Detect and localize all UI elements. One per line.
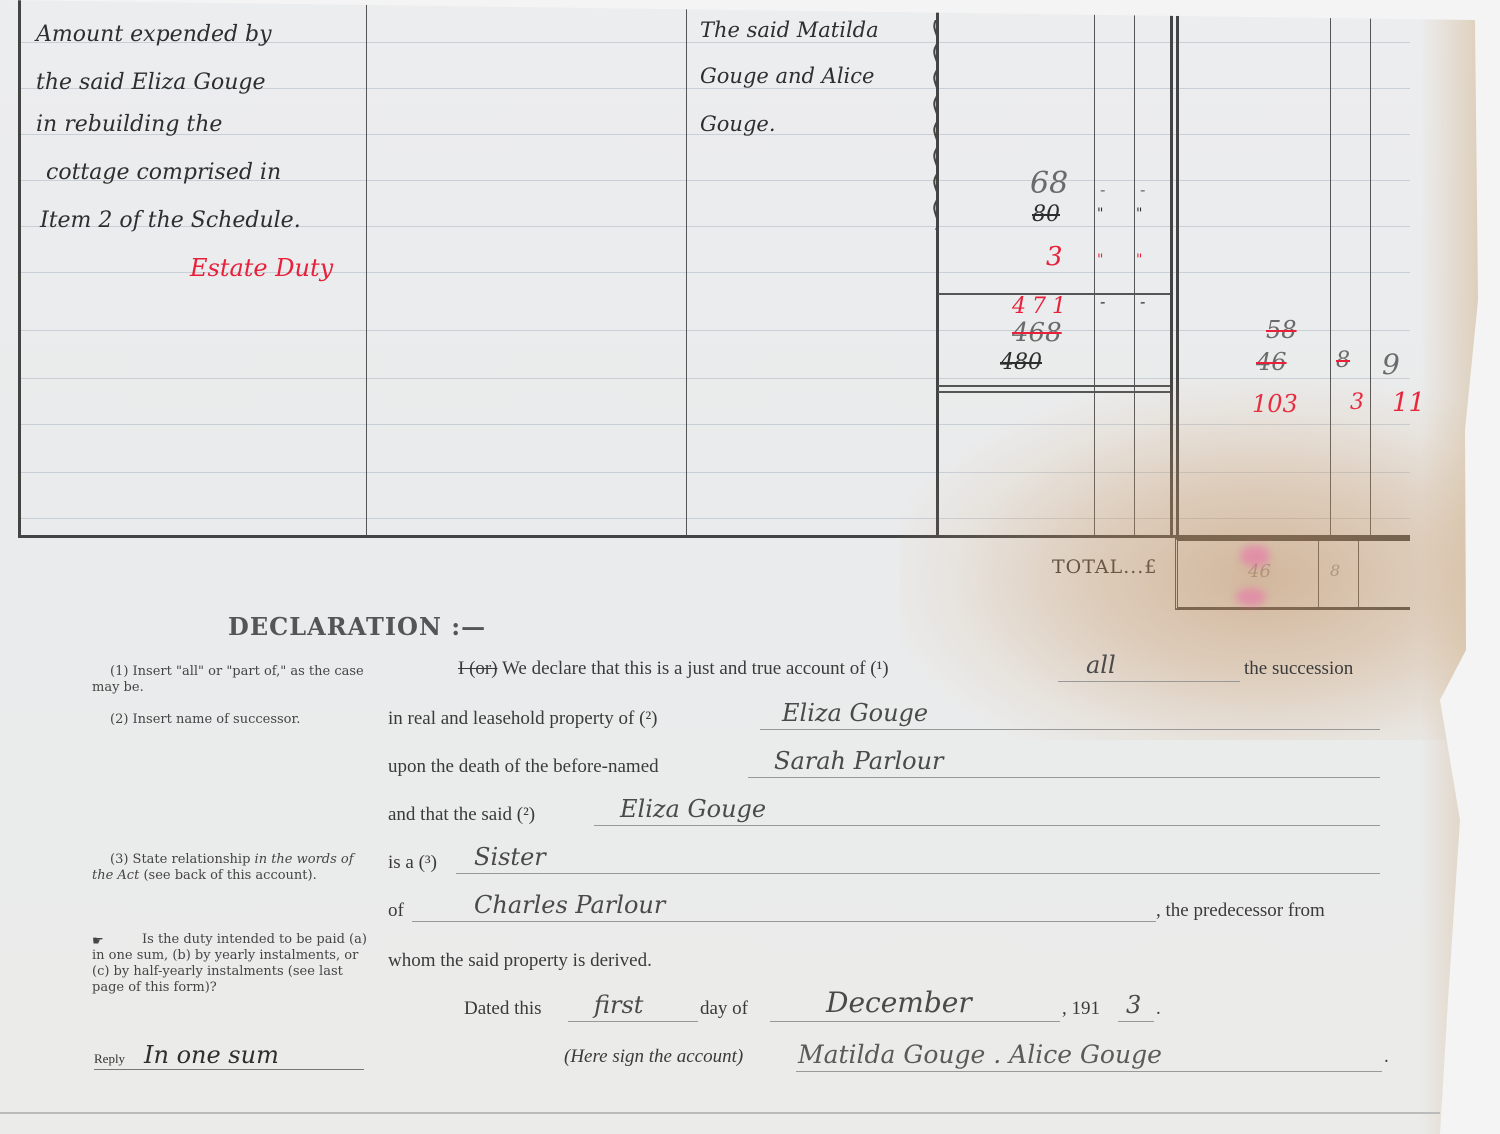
shillings-mark: - <box>1100 180 1105 199</box>
declaration-line-4: and that the said (²) <box>388 804 535 826</box>
declaration-title: DECLARATION :— <box>228 612 486 641</box>
signature-label: (Here sign the account) <box>564 1046 743 1068</box>
shillings-mark: " <box>1097 252 1103 268</box>
description-line: cottage comprised in <box>46 160 281 185</box>
total-box: 46 8 <box>1175 538 1410 610</box>
duty-question: ☛ Is the duty intended to be paid (a) in… <box>92 932 367 996</box>
edge-stain <box>1420 0 1480 1134</box>
signature-field[interactable]: Matilda Gouge . Alice Gouge <box>796 1042 1382 1072</box>
note-2: (2) Insert name of successor. <box>110 712 385 728</box>
declaration-line-7: whom the said property is derived. <box>388 950 652 972</box>
document-page: Amount expended by the said Eliza Gouge … <box>0 0 1480 1134</box>
total-shillings: 8 <box>1330 561 1340 580</box>
brace-icon <box>928 20 944 230</box>
note-1: (1) Insert "all" or "part of," as the ca… <box>92 664 367 696</box>
dated-middle: day of <box>700 998 748 1020</box>
payee-line: The said Matilda <box>700 18 879 42</box>
relationship-field[interactable]: Sister <box>456 846 1380 874</box>
duty-pence-struck: 9 <box>1382 348 1400 381</box>
description-line: in rebuilding the <box>36 112 222 137</box>
duty-entry-struck: 58 <box>1266 316 1297 344</box>
declaration-line-1-suffix: the succession <box>1244 658 1353 680</box>
day-field[interactable]: first <box>568 994 698 1022</box>
duty-shillings-red: 3 <box>1350 390 1364 415</box>
shillings-mark: " <box>1097 206 1103 222</box>
duty-shillings-struck: 8 <box>1336 348 1350 373</box>
payee-line: Gouge. <box>700 112 776 136</box>
declaration-line-2: in real and leasehold property of (²) <box>388 708 657 730</box>
shillings-mark: - <box>1100 292 1105 311</box>
pence-mark: " <box>1136 206 1142 222</box>
extent-field[interactable]: all <box>1058 654 1240 682</box>
amount-entry-red: 3 <box>1046 242 1063 272</box>
page-bottom-rule <box>0 1112 1440 1114</box>
duty-entry-struck: 46 <box>1256 348 1287 376</box>
description-line: Amount expended by <box>36 22 272 47</box>
declaration-line-3: upon the death of the before-named <box>388 756 659 778</box>
pointing-hand-icon: ☛ <box>92 934 104 950</box>
pence-mark: - <box>1140 180 1145 199</box>
declaration-line-6: of <box>388 900 404 922</box>
declaration-line-1: I (or) We declare that this is a just an… <box>458 658 889 680</box>
declaration-line-6-suffix: , the predecessor from <box>1156 900 1325 922</box>
estate-duty-note: Estate Duty <box>190 254 333 282</box>
amount-entry-struck: 80 <box>1032 202 1060 227</box>
successor-field-2[interactable]: Eliza Gouge <box>594 798 1380 826</box>
amount-entry-struck: 468 <box>1012 318 1062 348</box>
dated-suffix: . <box>1156 998 1161 1020</box>
note-3: (3) State relationship in the words of t… <box>92 852 367 884</box>
amount-entry-struck: 480 <box>1000 350 1042 375</box>
predecessor-field[interactable]: Charles Parlour <box>412 894 1156 922</box>
amount-entry: 68 <box>1030 166 1068 201</box>
pence-mark: - <box>1140 292 1145 311</box>
declaration-line-5: is a (³) <box>388 852 437 874</box>
payee-line: Gouge and Alice <box>700 64 874 88</box>
pence-mark: " <box>1136 252 1142 268</box>
deceased-field[interactable]: Sarah Parlour <box>748 750 1380 778</box>
year-prefix: , 191 <box>1062 998 1100 1020</box>
month-field[interactable]: December <box>770 994 1060 1022</box>
total-label: TOTAL...£ <box>1052 556 1157 578</box>
description-line: Item 2 of the Schedule. <box>40 208 301 233</box>
dated-prefix: Dated this <box>464 998 542 1020</box>
amount-entry-red: 471 <box>1012 294 1072 319</box>
signature-suffix: . <box>1384 1046 1389 1068</box>
year-digit-field[interactable]: 3 <box>1118 994 1154 1022</box>
reply-field[interactable]: Reply In one sum <box>94 1036 364 1070</box>
description-line: the said Eliza Gouge <box>36 70 265 95</box>
duty-entry-red: 103 <box>1252 390 1298 418</box>
duty-pence-red: 11 <box>1392 388 1425 418</box>
successor-field[interactable]: Eliza Gouge <box>760 702 1380 730</box>
